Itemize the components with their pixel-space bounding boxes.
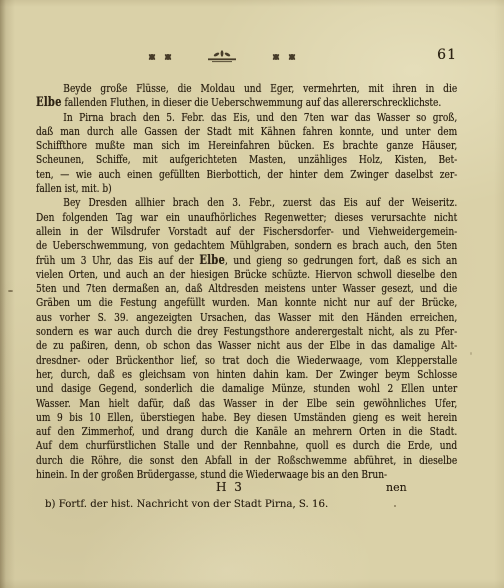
text-line: de Ueberschwemmung, von gedachtem Mühlgr… [36, 238, 457, 252]
footnote: b) Fortf. der hist. Nachricht von der St… [45, 499, 328, 511]
left-fleuron-icon [148, 53, 172, 61]
text-line: Gräben um die Festung angefüllt wurden. … [36, 295, 457, 309]
text-line: früh um 3 Uhr, das Eis auf der Elbe, und… [36, 253, 457, 267]
center-palmette-icon [208, 50, 236, 62]
text-line: vielen Orten, und auch an der hiesigen B… [36, 267, 457, 281]
text-line: her, durch, daß es gleichsam von hinten … [36, 367, 457, 381]
text-line: Beyde große Flüsse, die Moldau und Eger,… [36, 81, 457, 95]
signature-row: H 3 nen [36, 480, 457, 495]
page-header: 61 [36, 46, 457, 66]
text-line: Den folgenden Tag war ein unaufhörliches… [36, 210, 457, 224]
text-line: um 9 bis 10 Ellen, überstiegen habe. Bey… [36, 410, 457, 424]
text-line: ten, — wie auch einen gefüllten Bierbott… [36, 167, 457, 181]
text-line: Schiffthore mußte man sich im Hereinfahr… [36, 138, 457, 152]
text-line: 5ten und 7ten dermaßen an, daß Altdresde… [36, 281, 457, 295]
text-block: Beyde große Flüsse, die Moldau und Eger,… [36, 81, 457, 481]
ink-speck [394, 505, 396, 507]
text-line: Bey Dresden allhier brach den 3. Febr., … [36, 195, 457, 209]
right-fleuron-icon [272, 53, 296, 61]
book-page-scan: 61 Beyde große Flüsse, die Moldau und Eg… [0, 0, 504, 588]
text-line: de zu paßiren, denn, ob schon das Wasser… [36, 338, 457, 352]
text-line: sondern es war auch durch die drey Festu… [36, 324, 457, 338]
page-number: 61 [437, 47, 457, 63]
text-line: allein in der Wilsdrufer Vorstadt auf de… [36, 224, 457, 238]
text-line: daß man durch alle Gassen der Stadt mit … [36, 124, 457, 138]
text-line: auf den Zimmerhof, und drang durch die K… [36, 424, 457, 438]
text-line: durch die Röhre, die sonst den Abfall in… [36, 453, 457, 467]
text-line: Elbe fallenden Fluthen, in dieser die Ue… [36, 95, 457, 109]
text-line: Scheunen, Schiffe, mit aufgerichteten Ma… [36, 152, 457, 166]
catchword: nen [386, 481, 407, 494]
text-line: Auf dem churfürstlichen Stalle und der R… [36, 438, 457, 452]
text-line: fallen ist, mit. b) [36, 181, 457, 195]
text-line: In Pirna brach den 5. Febr. das Eis, und… [36, 110, 457, 124]
head-ornament-icon [144, 49, 300, 65]
text-line: dresdner- oder Brückenthor lief, so trat… [36, 353, 457, 367]
text-line: aus vorher S. 39. angezeigten Ursachen, … [36, 310, 457, 324]
text-line: und dasige Gegend, sonderlich die damali… [36, 381, 457, 395]
ink-speck [8, 290, 13, 292]
ink-speck [470, 352, 472, 355]
text-line: Wasser. Man hielt dafür, daß das Wasser … [36, 396, 457, 410]
signature-mark: H 3 [216, 480, 244, 494]
